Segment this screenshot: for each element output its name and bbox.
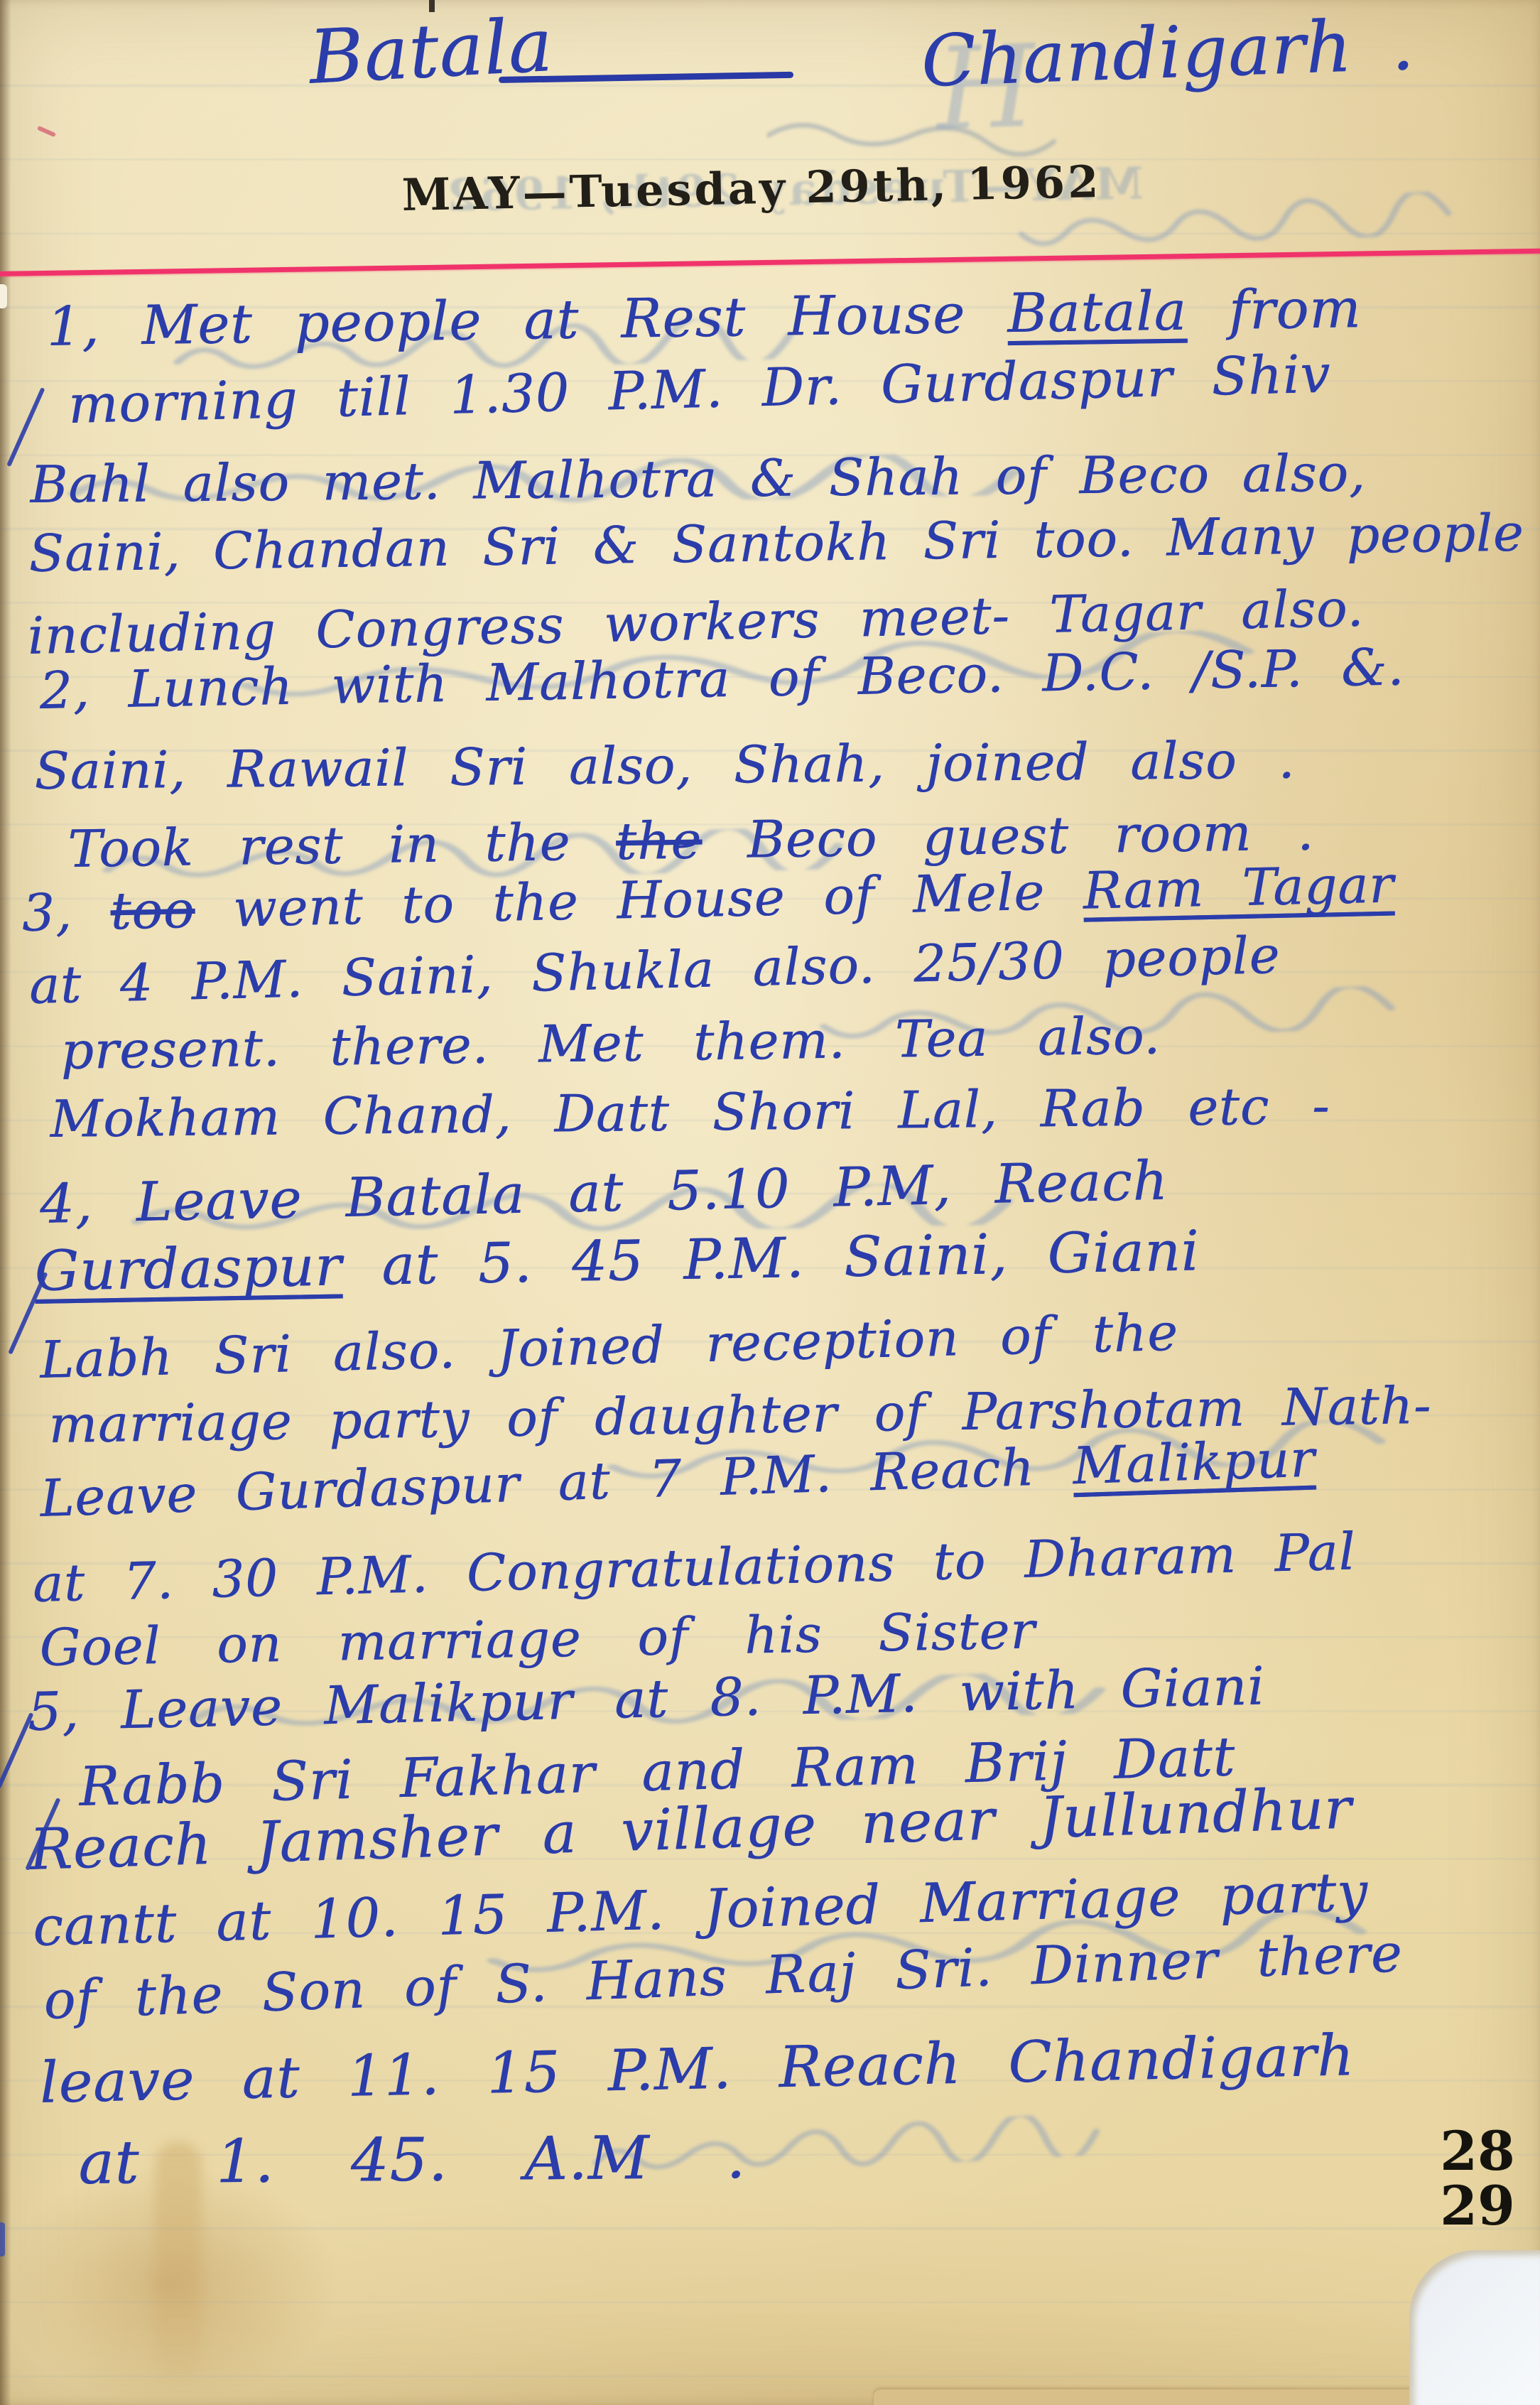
spine-shadow: [0, 0, 11, 2405]
diary-line-12: Mokham Chand, Datt Shori Lal, Rab etc -: [50, 1076, 1330, 1149]
line-text: from: [1186, 276, 1362, 342]
diary-line-18: at 7. 30 P.M. Congratulations to Dharam …: [32, 1521, 1356, 1613]
top-edge-mark: [429, 0, 435, 12]
underlying-page-edge: [874, 2389, 1421, 2405]
page-number-29: 29: [1435, 2174, 1520, 2237]
thumb-index-cut-corner: [1409, 2250, 1540, 2405]
diary-line-11: present. there. Met them. Tea also.: [60, 1005, 1161, 1081]
torn-edge-nick: [0, 284, 7, 308]
line-text: 1, Met people at Rest House: [46, 281, 1008, 358]
diary-line-1: 1, Met people at Rest House Batala from: [46, 276, 1362, 358]
line-text: Bahl also met. Malhotra & Shah of Beco a…: [30, 443, 1366, 514]
underlined-word: Batala: [1007, 279, 1188, 345]
line-text: Saini, Rawail Sri also, Shah, joined als…: [34, 730, 1296, 801]
page-number-28: 28: [1435, 2119, 1520, 2183]
line-text: Labh Sri also. Joined reception of the: [39, 1302, 1179, 1390]
diary-line-7: Saini, Rawail Sri also, Shah, joined als…: [34, 730, 1296, 801]
header-location-from: Batala: [307, 1, 555, 101]
struck-word: too: [110, 880, 195, 941]
header-location-to: Chandigarh .: [920, 3, 1416, 103]
line-text: at 7. 30 P.M. Congratulations to Dharam …: [32, 1521, 1356, 1613]
line-text: Saini, Chandan Sri & Santokh Sri too. Ma…: [28, 503, 1524, 583]
diary-line-4: Saini, Chandan Sri & Santokh Sri too. Ma…: [28, 503, 1524, 583]
diary-line-3: Bahl also met. Malhotra & Shah of Beco a…: [30, 443, 1366, 514]
underlined-word: Gurdaspur: [34, 1234, 342, 1304]
line-text: leave at 11. 15 P.M. Reach Chandigarh: [39, 2022, 1355, 2116]
diary-line-15: Labh Sri also. Joined reception of the: [39, 1302, 1179, 1390]
stain: [155, 2142, 202, 2377]
line-text: Took rest in the: [67, 811, 617, 879]
diary-line-25: leave at 11. 15 P.M. Reach Chandigarh: [39, 2022, 1355, 2116]
red-ink-tick: [37, 126, 56, 137]
underlined-word: Ram Tagar: [1083, 855, 1394, 921]
edge-ink-mark: [0, 2222, 5, 2257]
line-text: 3,: [21, 881, 111, 943]
diary-page: H Batala Chandigarh . MAY—Tuesday 29th, …: [0, 0, 1540, 2405]
line-text: Mokham Chand, Datt Shori Lal, Rab etc -: [50, 1076, 1330, 1149]
line-text: present. there. Met them. Tea also.: [60, 1005, 1161, 1081]
struck-word: the: [615, 811, 702, 872]
underlined-word: Malikpur: [1072, 1429, 1316, 1496]
margin-rule: [0, 248, 1540, 276]
